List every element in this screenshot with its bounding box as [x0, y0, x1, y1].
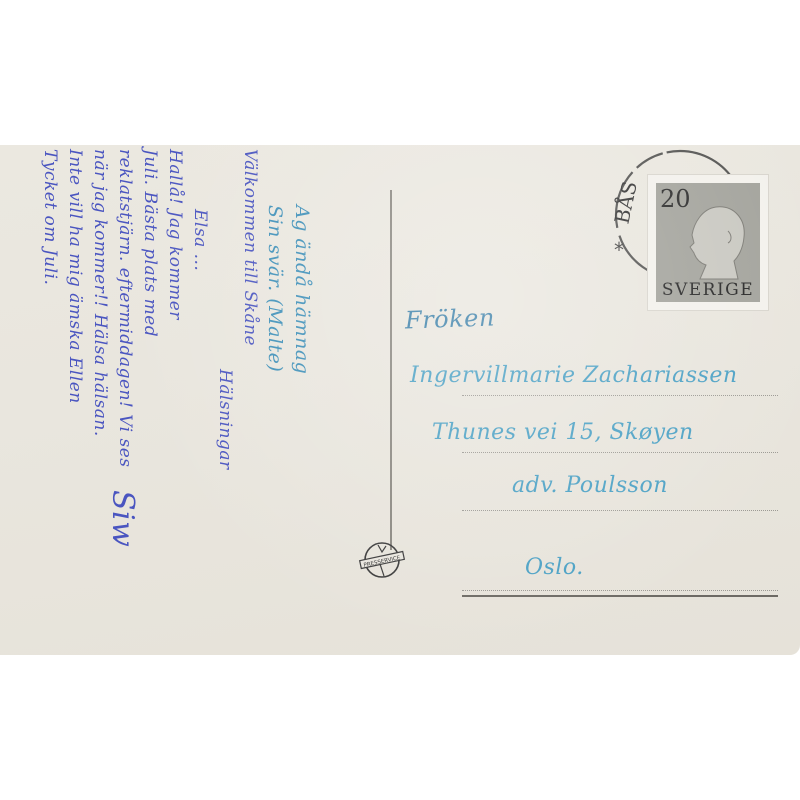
- king-portrait-icon: [686, 201, 750, 281]
- message-blue-line: Juli. Bästa plats med: [137, 149, 162, 470]
- postage-stamp: 20 SVERIGE: [648, 175, 768, 310]
- message-blue-line: Hälsningar: [212, 149, 237, 470]
- message-teal-line: Ag ändå hämnag: [288, 205, 315, 374]
- message-blue-line: reklatstjärn. eftermiddagen! Vi ses: [112, 149, 137, 470]
- address-name: Ingervillmarie Zachariassen: [410, 363, 738, 388]
- card-divider: [390, 190, 392, 550]
- postcard-back: BÅS * 20 SVERIGE PRESSERVICE Fröken Inge…: [0, 145, 800, 655]
- address-line-1: [462, 395, 778, 396]
- printer-logo-icon: PRESSERVICE: [358, 540, 406, 580]
- message-blue: Välkommen till Skåne Hälsningar Elsa ...…: [37, 149, 262, 470]
- message-blue-line: Tycket om Juli.: [37, 149, 62, 470]
- address-street: Thunes vei 15, Skøyen: [432, 420, 694, 445]
- postmark-text: BÅS: [609, 179, 642, 226]
- postmark-star: *: [614, 238, 624, 262]
- address-line-4: [462, 590, 778, 597]
- address-title: Fröken: [405, 303, 496, 334]
- message-blue-line: Elsa ...: [187, 149, 212, 470]
- stamp-country: SVERIGE: [656, 280, 760, 300]
- message-blue-line: Hallå! Jag kommer: [162, 149, 187, 470]
- message-blue-line: Välkommen till Skåne: [237, 149, 262, 470]
- message-teal: Ag ändå hämnag Sin svär. (Malte): [261, 205, 315, 374]
- message-blue-line: Inte vill ha mig ämska Ellen: [62, 149, 87, 470]
- message-teal-line: Sin svär. (Malte): [261, 205, 288, 374]
- address-care-of: adv. Poulsson: [512, 473, 668, 498]
- address-city: Oslo.: [525, 555, 584, 580]
- address-line-3: [462, 510, 778, 511]
- address-line-2: [462, 452, 778, 453]
- message-signature: Siw: [105, 490, 140, 547]
- message-blue-line: när jag kommer!! Hälsa hälsan.: [87, 149, 112, 470]
- stamp-face: 20 SVERIGE: [656, 183, 760, 302]
